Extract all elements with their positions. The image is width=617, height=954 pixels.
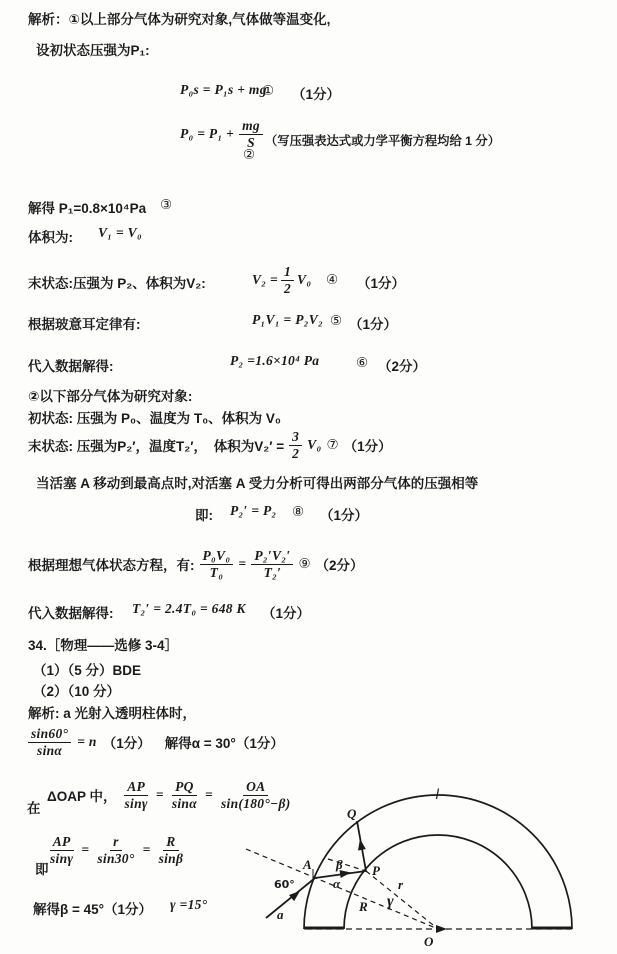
fraction-numerator: sin60° bbox=[28, 726, 71, 743]
label-alpha: α bbox=[333, 876, 341, 891]
fraction-denominator: sinβ bbox=[156, 851, 187, 867]
solve2-score: （2分） bbox=[378, 355, 426, 375]
fraction-denominator: T₀ bbox=[207, 565, 227, 581]
eq1-formula: P₀s = P₁s + mg bbox=[180, 82, 267, 98]
fraction-numerator: r bbox=[110, 834, 122, 851]
eq7-number: ⑦ bbox=[326, 437, 338, 453]
solve1-line: 解得 P₁=0.8×10⁴Pa bbox=[28, 197, 146, 217]
label-ray-a: a bbox=[277, 907, 284, 922]
eq8-label: 即: bbox=[195, 504, 213, 524]
eq7-lhs: 末状态: 压强为P₂′，温度T₂′， 体积为V₂′ = bbox=[28, 435, 284, 455]
snell-law-line: sin60° sinα = n （1分） 解得α = 30°（1分） bbox=[28, 722, 284, 762]
label-60-degrees: 60° bbox=[274, 878, 295, 891]
fraction-denominator: 2 bbox=[281, 281, 294, 297]
eq8-formula: P₂′ = P₂ bbox=[230, 503, 277, 519]
eq2-fraction: mg S bbox=[239, 118, 263, 150]
snell-score: （1分） bbox=[103, 732, 151, 752]
analysis-intro-line: 解析：①以上部分气体为研究对象,气体做等温变化, bbox=[28, 8, 330, 28]
inner-semicircle-arc bbox=[344, 835, 532, 929]
label-beta: β bbox=[335, 857, 343, 872]
volume-formula: V₁ = V₀ bbox=[98, 225, 142, 241]
solve2-label: 代入数据解得: bbox=[28, 355, 114, 375]
eq10-score: （1分） bbox=[262, 602, 310, 622]
setup-line: 设初状态压强为P₁: bbox=[36, 39, 150, 59]
ideal-gas-equation-line: 根据理想气体状态方程，有: P₀V₀ T₀ = P₂′V₂′ T₂′ ⑨ （2分… bbox=[28, 542, 364, 586]
final-state-label: 末状态:压强为 P₂、体积为V₂: bbox=[28, 272, 206, 292]
fraction-numerator: AP bbox=[50, 834, 74, 851]
equals-sign: = bbox=[205, 787, 213, 803]
eq9-score: （2分） bbox=[316, 554, 364, 574]
label-radius-r: r bbox=[398, 877, 404, 892]
fraction-denominator: sinα bbox=[169, 796, 200, 812]
eq1-number: ① bbox=[262, 83, 274, 99]
eq2-number: ② bbox=[243, 147, 255, 163]
part2-final-line: 末状态: 压强为P₂′，温度T₂′， 体积为V₂′ = 3 2 V₀ ⑦ （1分… bbox=[28, 427, 392, 463]
solve1-number: ③ bbox=[160, 197, 172, 213]
answer-part1-line: （1）（5 分）BDE bbox=[33, 659, 141, 679]
equals-sign: = bbox=[81, 842, 89, 858]
snell-solution: 解得α = 30°（1分） bbox=[165, 732, 284, 752]
sine-law-values-line: AP sinγ = r sin30° = R sinβ bbox=[47, 828, 186, 872]
label-gamma: γ bbox=[387, 893, 394, 910]
label-P: P bbox=[372, 863, 381, 878]
eq7-rhs: V₀ bbox=[307, 437, 321, 453]
fraction-numerator: PQ bbox=[172, 779, 197, 796]
snell-fraction: sin60° sinα bbox=[28, 726, 71, 758]
tri-fraction-2: PQ sinα bbox=[169, 779, 200, 811]
eq1-score: （1分） bbox=[292, 83, 340, 103]
part2-intro-line: ②以下部分气体为研究对象: bbox=[28, 385, 192, 405]
eq2-lhs: P₀ = P₁ + bbox=[180, 126, 234, 142]
label-O: O bbox=[424, 934, 434, 949]
snell-rhs: = n bbox=[77, 734, 96, 750]
eq10-formula: T₂′ = 2.4T₀ = 648 K bbox=[132, 601, 246, 617]
fraction-numerator: AP bbox=[124, 779, 148, 796]
optics-analysis-line: 解析: a 光射入透明柱体时， bbox=[28, 702, 196, 722]
tri-fraction-1: AP sinγ bbox=[121, 779, 150, 811]
boyle-score: （1分） bbox=[349, 313, 397, 333]
eq4-lhs: V₂ = bbox=[252, 272, 278, 288]
outer-semicircle-arc bbox=[304, 795, 572, 929]
boyle-label: 根据玻意耳定律有: bbox=[28, 313, 141, 333]
eq7-score: （1分） bbox=[344, 435, 392, 455]
part2-initial-line: 初状态: 压强为 P₀、温度为 T₀、体积为 V₀ bbox=[28, 407, 281, 427]
law-fraction-1: AP sinγ bbox=[47, 834, 76, 866]
eq8-number: ⑧ bbox=[292, 504, 304, 520]
baseline-arrowhead bbox=[436, 925, 447, 933]
label-Q: Q bbox=[347, 806, 357, 821]
eq4-fraction: 1 2 bbox=[281, 264, 294, 296]
fraction-denominator: sinγ bbox=[121, 796, 150, 812]
result-gamma: γ =15° bbox=[170, 897, 207, 913]
fraction-denominator: sin30° bbox=[94, 851, 137, 867]
eq2-note: （写压强表达式或力学平衡方程均给 1 分） bbox=[265, 131, 500, 149]
eq4-number: ④ bbox=[326, 272, 338, 288]
answer-part2-line: （2）（10 分） bbox=[33, 680, 120, 700]
fraction-numerator: R bbox=[163, 834, 178, 851]
eq7-fraction: 3 2 bbox=[289, 429, 302, 461]
fraction-denominator: sinα bbox=[34, 743, 65, 759]
triangle-prefix-zai: 在 bbox=[27, 797, 41, 817]
eq9-number: ⑨ bbox=[298, 556, 310, 572]
outer-arc-top-tick bbox=[437, 789, 439, 800]
fraction-denominator: 2 bbox=[289, 446, 302, 462]
fraction-numerator: mg bbox=[239, 118, 263, 135]
equals-sign: = bbox=[143, 842, 151, 858]
document-page: 解析：①以上部分气体为研究对象,气体做等温变化, 设初状态压强为P₁: P₀s … bbox=[0, 0, 617, 954]
fraction-denominator: sinγ bbox=[47, 851, 76, 867]
label-A: A bbox=[302, 857, 312, 872]
law-fraction-2: r sin30° bbox=[94, 834, 137, 866]
solve2-formula: P₂ =1.6×10⁴ Pa bbox=[230, 353, 319, 369]
law-fraction-3: R sinβ bbox=[156, 834, 187, 866]
eq9-label: 根据理想气体状态方程，有: bbox=[28, 554, 195, 574]
eq10-label: 代入数据解得: bbox=[28, 602, 114, 622]
fraction-numerator: P₀V₀ bbox=[200, 548, 234, 565]
normal-at-P-dashed bbox=[328, 859, 366, 871]
eq8-score: （1分） bbox=[320, 504, 368, 524]
boyle-formula: P₁V₁ = P₂V₂ bbox=[252, 312, 323, 328]
equals-sign: = bbox=[238, 556, 246, 572]
label-radius-R: R bbox=[358, 899, 368, 914]
eq4-rhs: V₀ bbox=[297, 272, 311, 288]
volume-label: 体积为: bbox=[28, 226, 73, 246]
fraction-numerator: 1 bbox=[281, 264, 294, 281]
piston-note-line: 当活塞 A 移动到最高点时,对活塞 A 受力分析可得出两部分气体的压强相等 bbox=[36, 472, 478, 492]
question-34-title: 34.［物理——选修 3-4］ bbox=[28, 634, 178, 654]
eq4-score: （1分） bbox=[357, 272, 405, 292]
triangle-prefix: ΔOAP 中， bbox=[47, 785, 116, 805]
result-beta-line: 解得β = 45°（1分） bbox=[33, 898, 152, 918]
equals-sign: = bbox=[156, 787, 164, 803]
fraction-numerator: P₂′V₂′ bbox=[251, 548, 293, 565]
fraction-denominator: T₂′ bbox=[261, 565, 285, 581]
final-state-formula: V₂ = 1 2 V₀ bbox=[252, 260, 311, 300]
ray-diagram: Q A P a α β γ r R O 60° bbox=[245, 780, 617, 954]
eq9-fraction-left: P₀V₀ T₀ bbox=[200, 548, 234, 580]
fraction-numerator: 3 bbox=[289, 429, 302, 446]
eq9-fraction-right: P₂′V₂′ T₂′ bbox=[251, 548, 293, 580]
solve2-number: ⑥ bbox=[356, 355, 368, 371]
boyle-number: ⑤ bbox=[330, 313, 342, 329]
